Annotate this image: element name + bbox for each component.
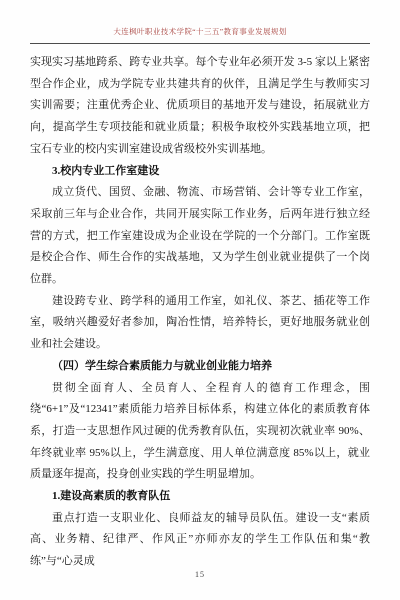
document-page: 大连枫叶职业技术学院“十三五”教育事业发展规划 实现实习基地跨系、跨专业共享。每… — [0, 0, 400, 600]
body-paragraph-moral-education: 贯彻全面育人、全员育人、全程育人的德育工作理念，围绕“6+1”及“12341”素… — [30, 378, 370, 487]
header-divider — [30, 43, 370, 44]
section-heading-student-quality: （四）学生综合素质能力与就业创业能力培养 — [30, 356, 370, 378]
document-body: 实现实习基地跨系、跨专业共享。每个专业年必须开发 3-5 家以上紧密型合作企业，… — [30, 52, 370, 573]
body-paragraph-general-studios: 建设跨专业、跨学科的通用工作室，如礼仪、茶艺、插花等工作室，吸纳兴趣爱好者参加，… — [30, 291, 370, 356]
body-paragraph-practice-bases: 实现实习基地跨系、跨专业共享。每个专业年必须开发 3-5 家以上紧密型合作企业，… — [30, 52, 370, 161]
page-footer: 15 — [0, 564, 400, 582]
page-header: 大连枫叶职业技术学院“十三五”教育事业发展规划 — [30, 21, 370, 44]
body-paragraph-professional-studios: 成立货代、国贸、金融、物流、市场营销、会计等专业工作室，采取前三年与企业合作，共… — [30, 182, 370, 291]
section-heading-education-team: 1.建设高素质的教育队伍 — [30, 486, 370, 508]
section-heading-campus-studios: 3.校内专业工作室建设 — [30, 161, 370, 183]
document-header-title: 大连枫叶职业技术学院“十三五”教育事业发展规划 — [113, 27, 286, 37]
page-number: 15 — [195, 570, 205, 579]
